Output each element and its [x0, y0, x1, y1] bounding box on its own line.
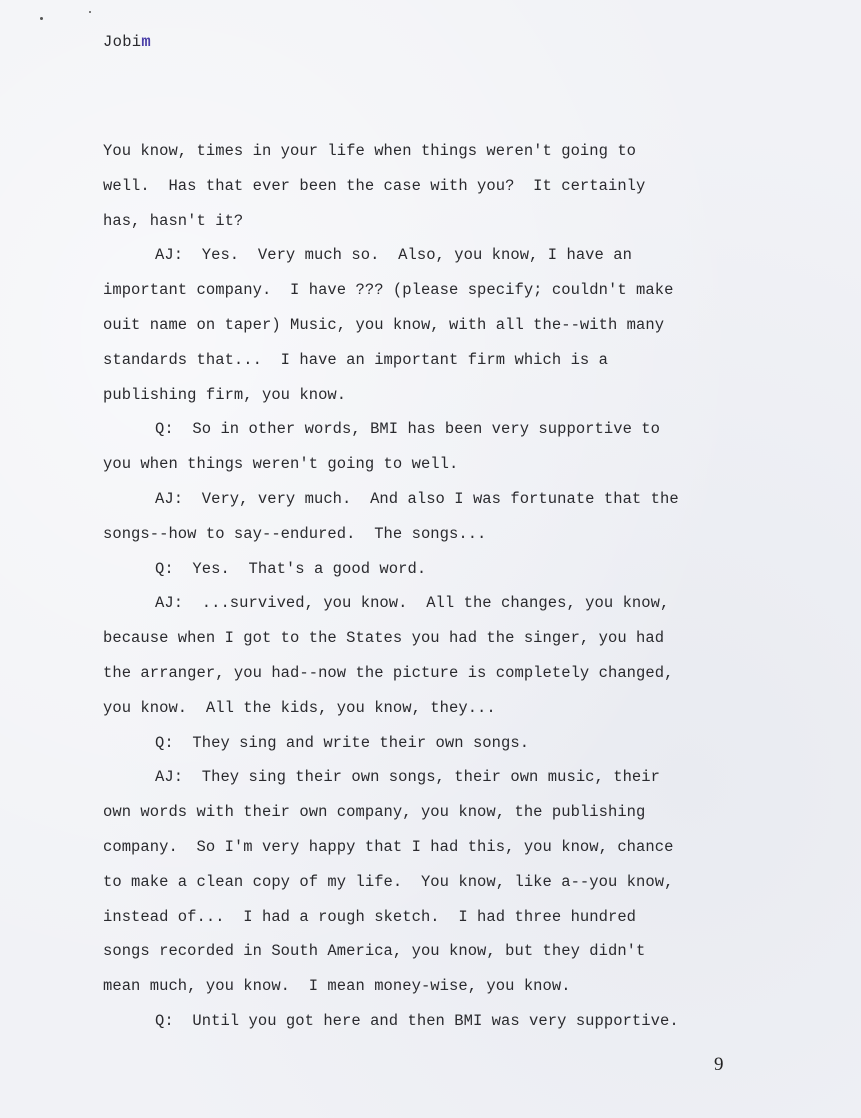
text-line: own words with their own company, you kn… [103, 795, 743, 830]
text-line: important company. I have ??? (please sp… [103, 273, 743, 308]
text-line: because when I got to the States you had… [103, 621, 743, 656]
text-line: songs--how to say--endured. The songs... [103, 517, 743, 552]
text-line: standards that... I have an important fi… [103, 343, 743, 378]
text-line: you know. All the kids, you know, they..… [103, 691, 743, 726]
text-line: has, hasn't it? [103, 204, 743, 239]
paragraph-first-line: Q: So in other words, BMI has been very … [103, 412, 743, 447]
text-line: instead of... I had a rough sketch. I ha… [103, 900, 743, 935]
text-line: publishing firm, you know. [103, 378, 743, 413]
text-line: company. So I'm very happy that I had th… [103, 830, 743, 865]
paragraph-first-line: AJ: They sing their own songs, their own… [103, 760, 743, 795]
transcript-body: You know, times in your life when things… [103, 134, 743, 1039]
page-number: 9 [714, 1054, 724, 1076]
header-name: Jobi [103, 33, 141, 51]
text-line: you when things weren't going to well. [103, 447, 743, 482]
page-header: Jobim [103, 33, 151, 51]
paragraph-first-line: AJ: Very, very much. And also I was fort… [103, 482, 743, 517]
paper-speck [40, 17, 43, 20]
text-line: the arranger, you had--now the picture i… [103, 656, 743, 691]
paragraph-first-line: Q: Yes. That's a good word. [103, 552, 743, 587]
text-line: songs recorded in South America, you kno… [103, 934, 743, 969]
text-line: ouit name on taper) Music, you know, wit… [103, 308, 743, 343]
paragraph-first-line: Q: Until you got here and then BMI was v… [103, 1004, 743, 1039]
paragraph-first-line: AJ: Yes. Very much so. Also, you know, I… [103, 238, 743, 273]
paragraph-first-line: AJ: ...survived, you know. All the chang… [103, 586, 743, 621]
handwritten-correction: m [141, 33, 151, 51]
paper-speck [89, 11, 91, 13]
text-line: mean much, you know. I mean money-wise, … [103, 969, 743, 1004]
transcript-page: Jobim You know, times in your life when … [0, 0, 861, 1118]
text-line: well. Has that ever been the case with y… [103, 169, 743, 204]
text-line: to make a clean copy of my life. You kno… [103, 865, 743, 900]
text-line: You know, times in your life when things… [103, 134, 743, 169]
paragraph-first-line: Q: They sing and write their own songs. [103, 726, 743, 761]
